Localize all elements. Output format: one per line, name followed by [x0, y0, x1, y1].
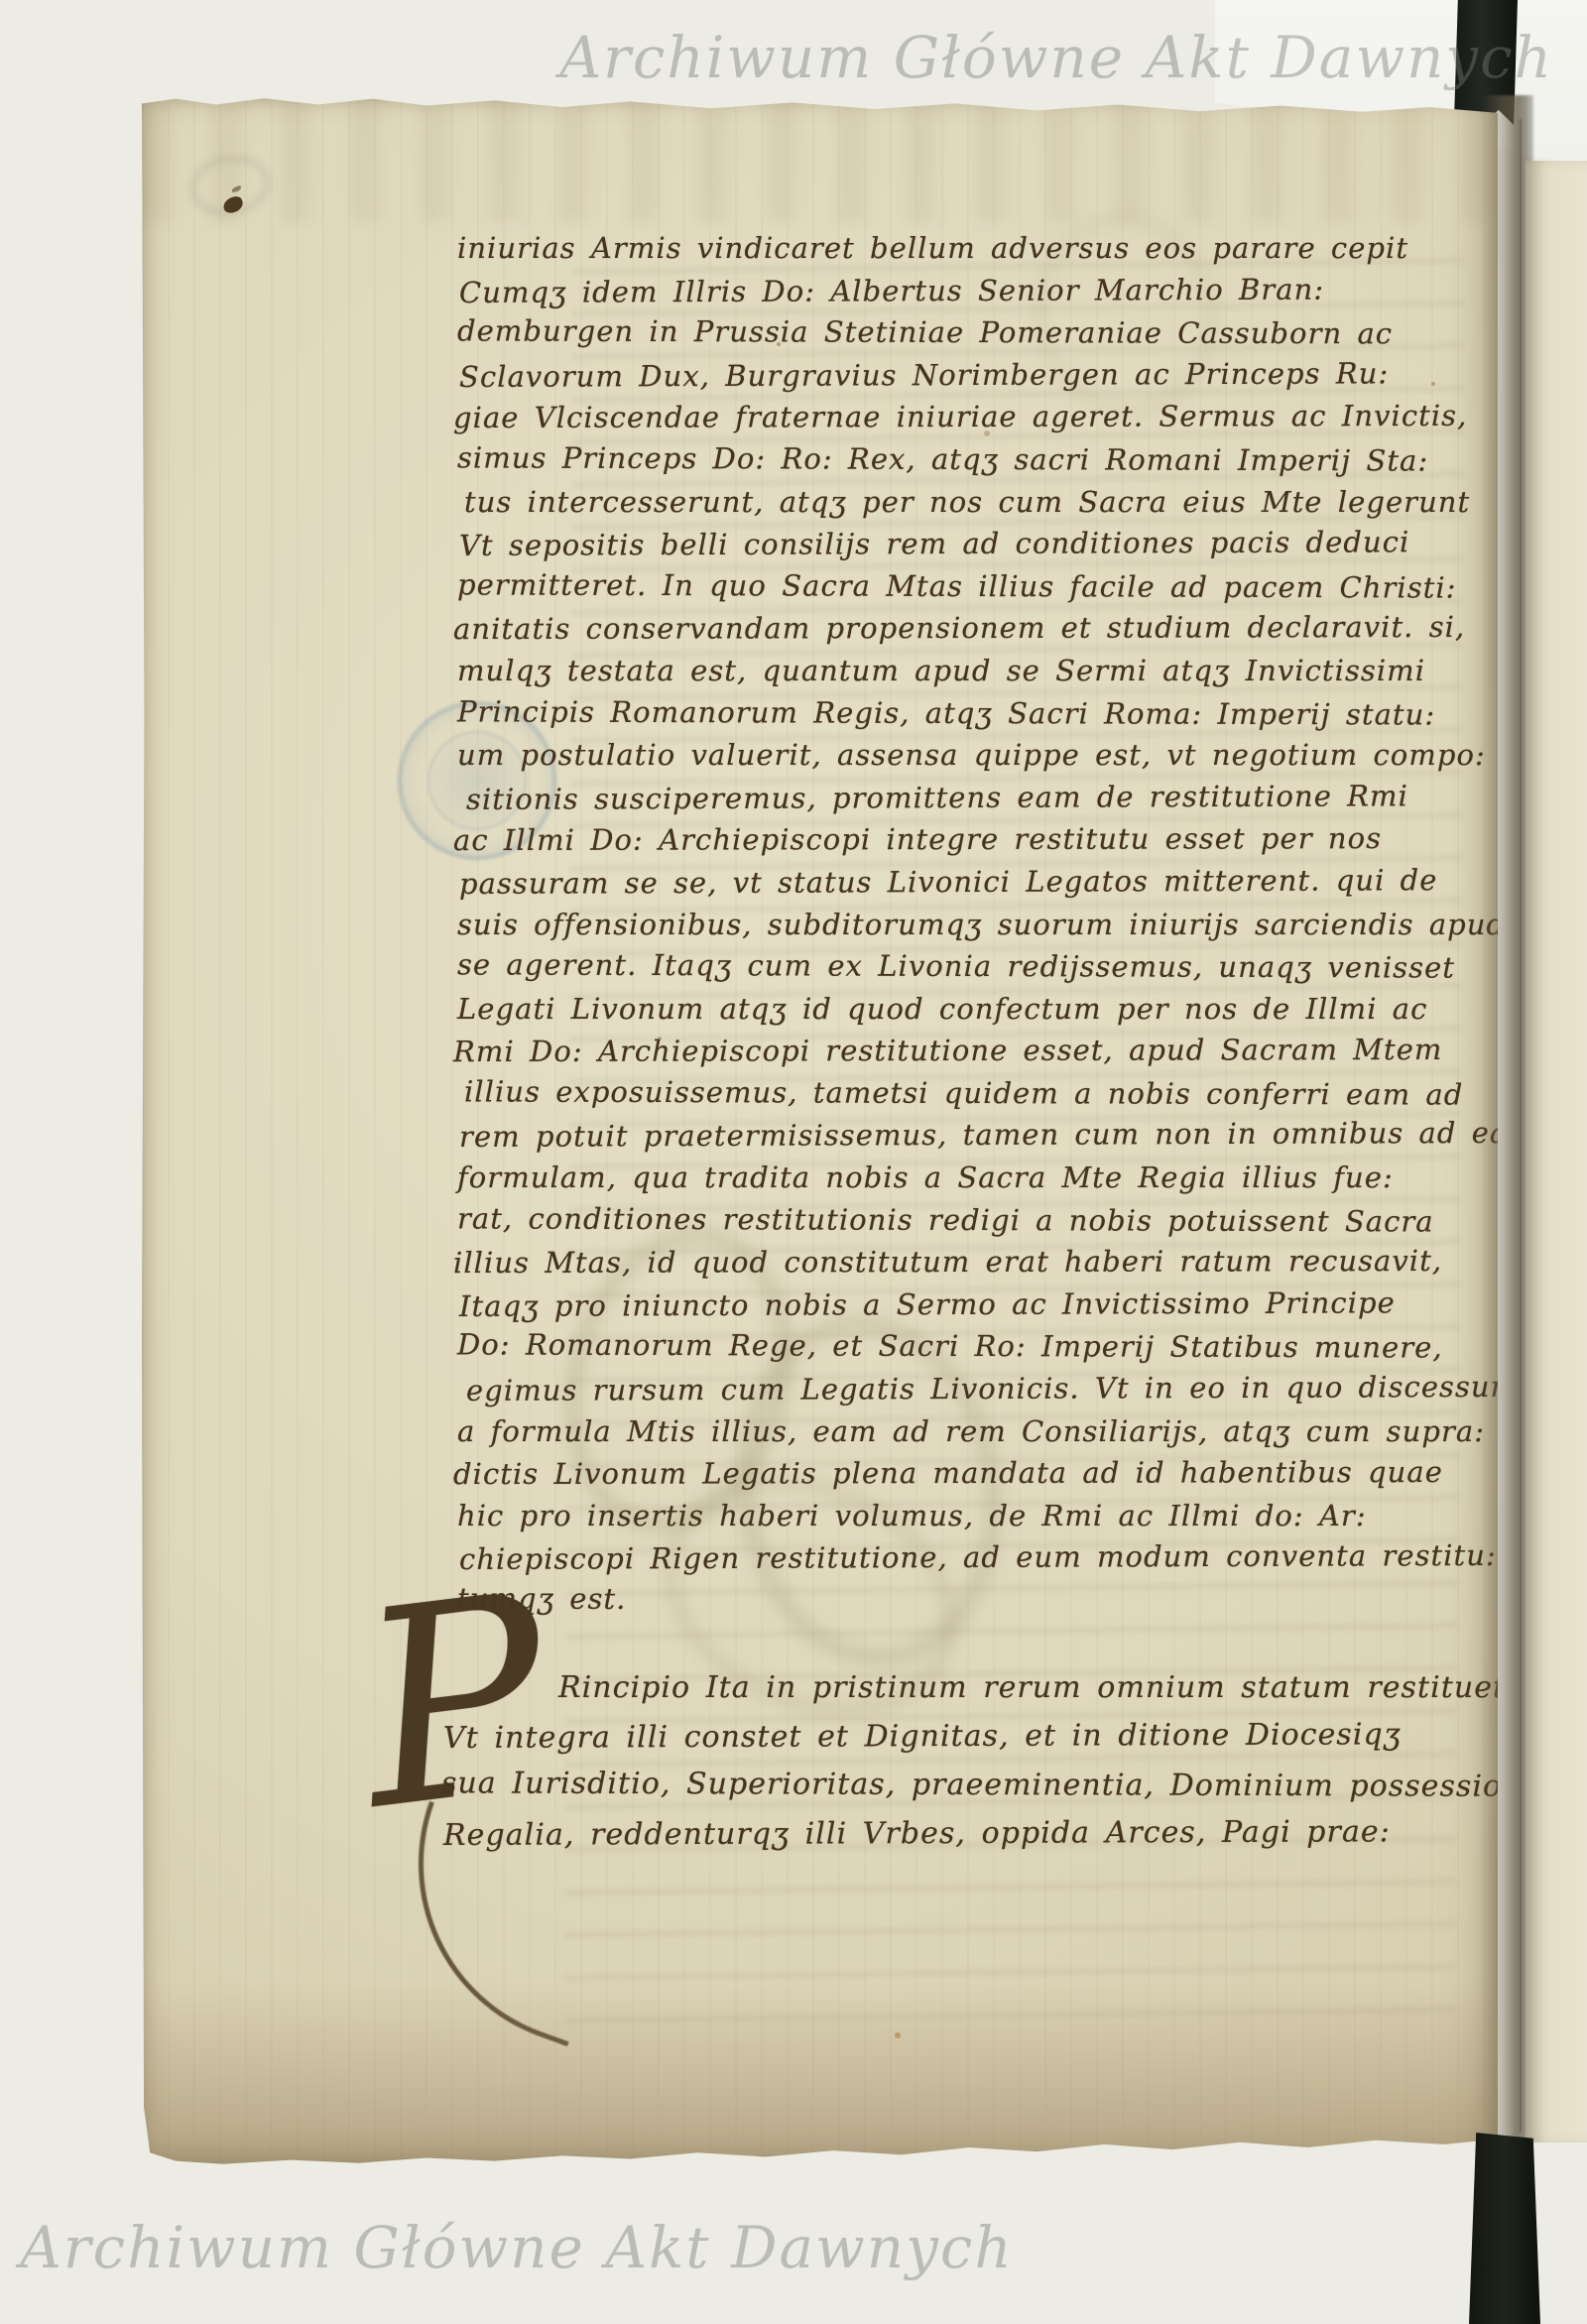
manuscript-line: rat, conditiones restitutionis redigi a … — [457, 1197, 1469, 1243]
manuscript-line: formulam, qua tradita nobis a Sacra Mte … — [457, 1157, 1469, 1199]
aged-bottom-band — [142, 1981, 1498, 2169]
manuscript-paragraph-1: iniurias Armis vindicaret bellum adversu… — [457, 227, 1469, 1622]
manuscript-line: tus intercesserunt, atqʒ per nos cum Sac… — [464, 481, 1469, 524]
manuscript-line: ac Illmi Do: Archiepiscopi integre resti… — [453, 817, 1465, 862]
manuscript-line: Cumqʒ idem Illris Do: Albertus Senior Ma… — [459, 268, 1471, 314]
bookmark-ribbon-bottom — [1469, 2133, 1540, 2324]
manuscript-line: Sclavorum Dux, Burgravius Norimbergen ac… — [459, 352, 1471, 399]
manuscript-line: demburgen in Prussia Stetiniae Pomerania… — [457, 310, 1469, 356]
manuscript-paragraph-2: Rincipio Ita in pristinum rerum omnium s… — [441, 1663, 1473, 1858]
manuscript-line: se agerent. Itaqʒ cum ex Livonia redijss… — [457, 943, 1469, 989]
facing-page-edge — [1526, 161, 1587, 2142]
manuscript-line: giae Vlciscendae fraternae iniuriae ager… — [453, 395, 1465, 439]
manuscript-line: passuram se se, vt status Livonici Legat… — [459, 859, 1471, 906]
manuscript-line: simus Princeps Do: Ro: Rex, atqʒ sacri R… — [457, 436, 1469, 482]
manuscript-line: illius exposuissemus, tametsi quidem a n… — [464, 1070, 1469, 1116]
manuscript-line: Vt sepositis belli consilijs rem ad cond… — [459, 521, 1471, 567]
manuscript-line: Rmi Do: Archiepiscopi restitutione esset… — [453, 1029, 1465, 1073]
manuscript-line: a formula Mtis illius, eam ad rem Consil… — [457, 1410, 1469, 1453]
manuscript-line: Legati Livonum atqʒ id quod confectum pe… — [457, 988, 1469, 1031]
manuscript-line: permitteret. In quo Sacra Mtas illius fa… — [457, 563, 1469, 609]
manuscript-line: anitatis conservandam propensionem et st… — [453, 606, 1465, 651]
manuscript-line: Principis Romanorum Regis, atqʒ Sacri Ro… — [457, 690, 1469, 736]
watermark-bottom: Archiwum Główne Akt Dawnych — [20, 2214, 1014, 2281]
manuscript-line: Rincipio Ita in pristinum rerum omnium s… — [558, 1663, 1473, 1712]
watermark-top: Archiwum Główne Akt Dawnych — [559, 24, 1553, 91]
manuscript-line: Itaqʒ pro iniuncto nobis a Sermo ac Invi… — [459, 1282, 1471, 1328]
manuscript-line: um postulatio valuerit, assensa quippe e… — [457, 734, 1469, 777]
deckle-edge-shading — [142, 94, 1498, 223]
scanned-manuscript-view: iniurias Armis vindicaret bellum adversu… — [0, 0, 1587, 2324]
binding-gutter-crease — [1520, 119, 1522, 2133]
manuscript-line: rem potuit praetermisissemus, tamen cum … — [459, 1113, 1471, 1160]
manuscript-line: mulqʒ testata est, quantum apud se Sermi… — [457, 650, 1469, 692]
manuscript-line: hic pro insertis haberi volumus, de Rmi … — [457, 1495, 1469, 1537]
manuscript-line: Vt integra illi constet et Dignitas, et … — [443, 1710, 1475, 1763]
manuscript-line: Do: Romanorum Rege, et Sacri Ro: Imperij… — [457, 1324, 1469, 1370]
manuscript-line: dictis Livonum Legatis plena mandata ad … — [453, 1451, 1465, 1496]
manuscript-line: sua Iurisditio, Superioritas, praeeminen… — [441, 1759, 1473, 1810]
manuscript-page: iniurias Armis vindicaret bellum adversu… — [142, 94, 1498, 2169]
manuscript-line: suis offensionibus, subditorumqʒ suorum … — [457, 904, 1469, 946]
manuscript-line: Regalia, reddenturqʒ illi Vrbes, oppida … — [443, 1807, 1475, 1860]
manuscript-line: egimus rursum cum Legatis Livonicis. Vt … — [466, 1366, 1471, 1411]
manuscript-line: illius Mtas, id quod constitutum erat ha… — [453, 1240, 1465, 1284]
manuscript-line: sitionis susciperemus, promittens eam de… — [466, 775, 1471, 820]
manuscript-line: iniurias Armis vindicaret bellum adversu… — [457, 227, 1469, 270]
